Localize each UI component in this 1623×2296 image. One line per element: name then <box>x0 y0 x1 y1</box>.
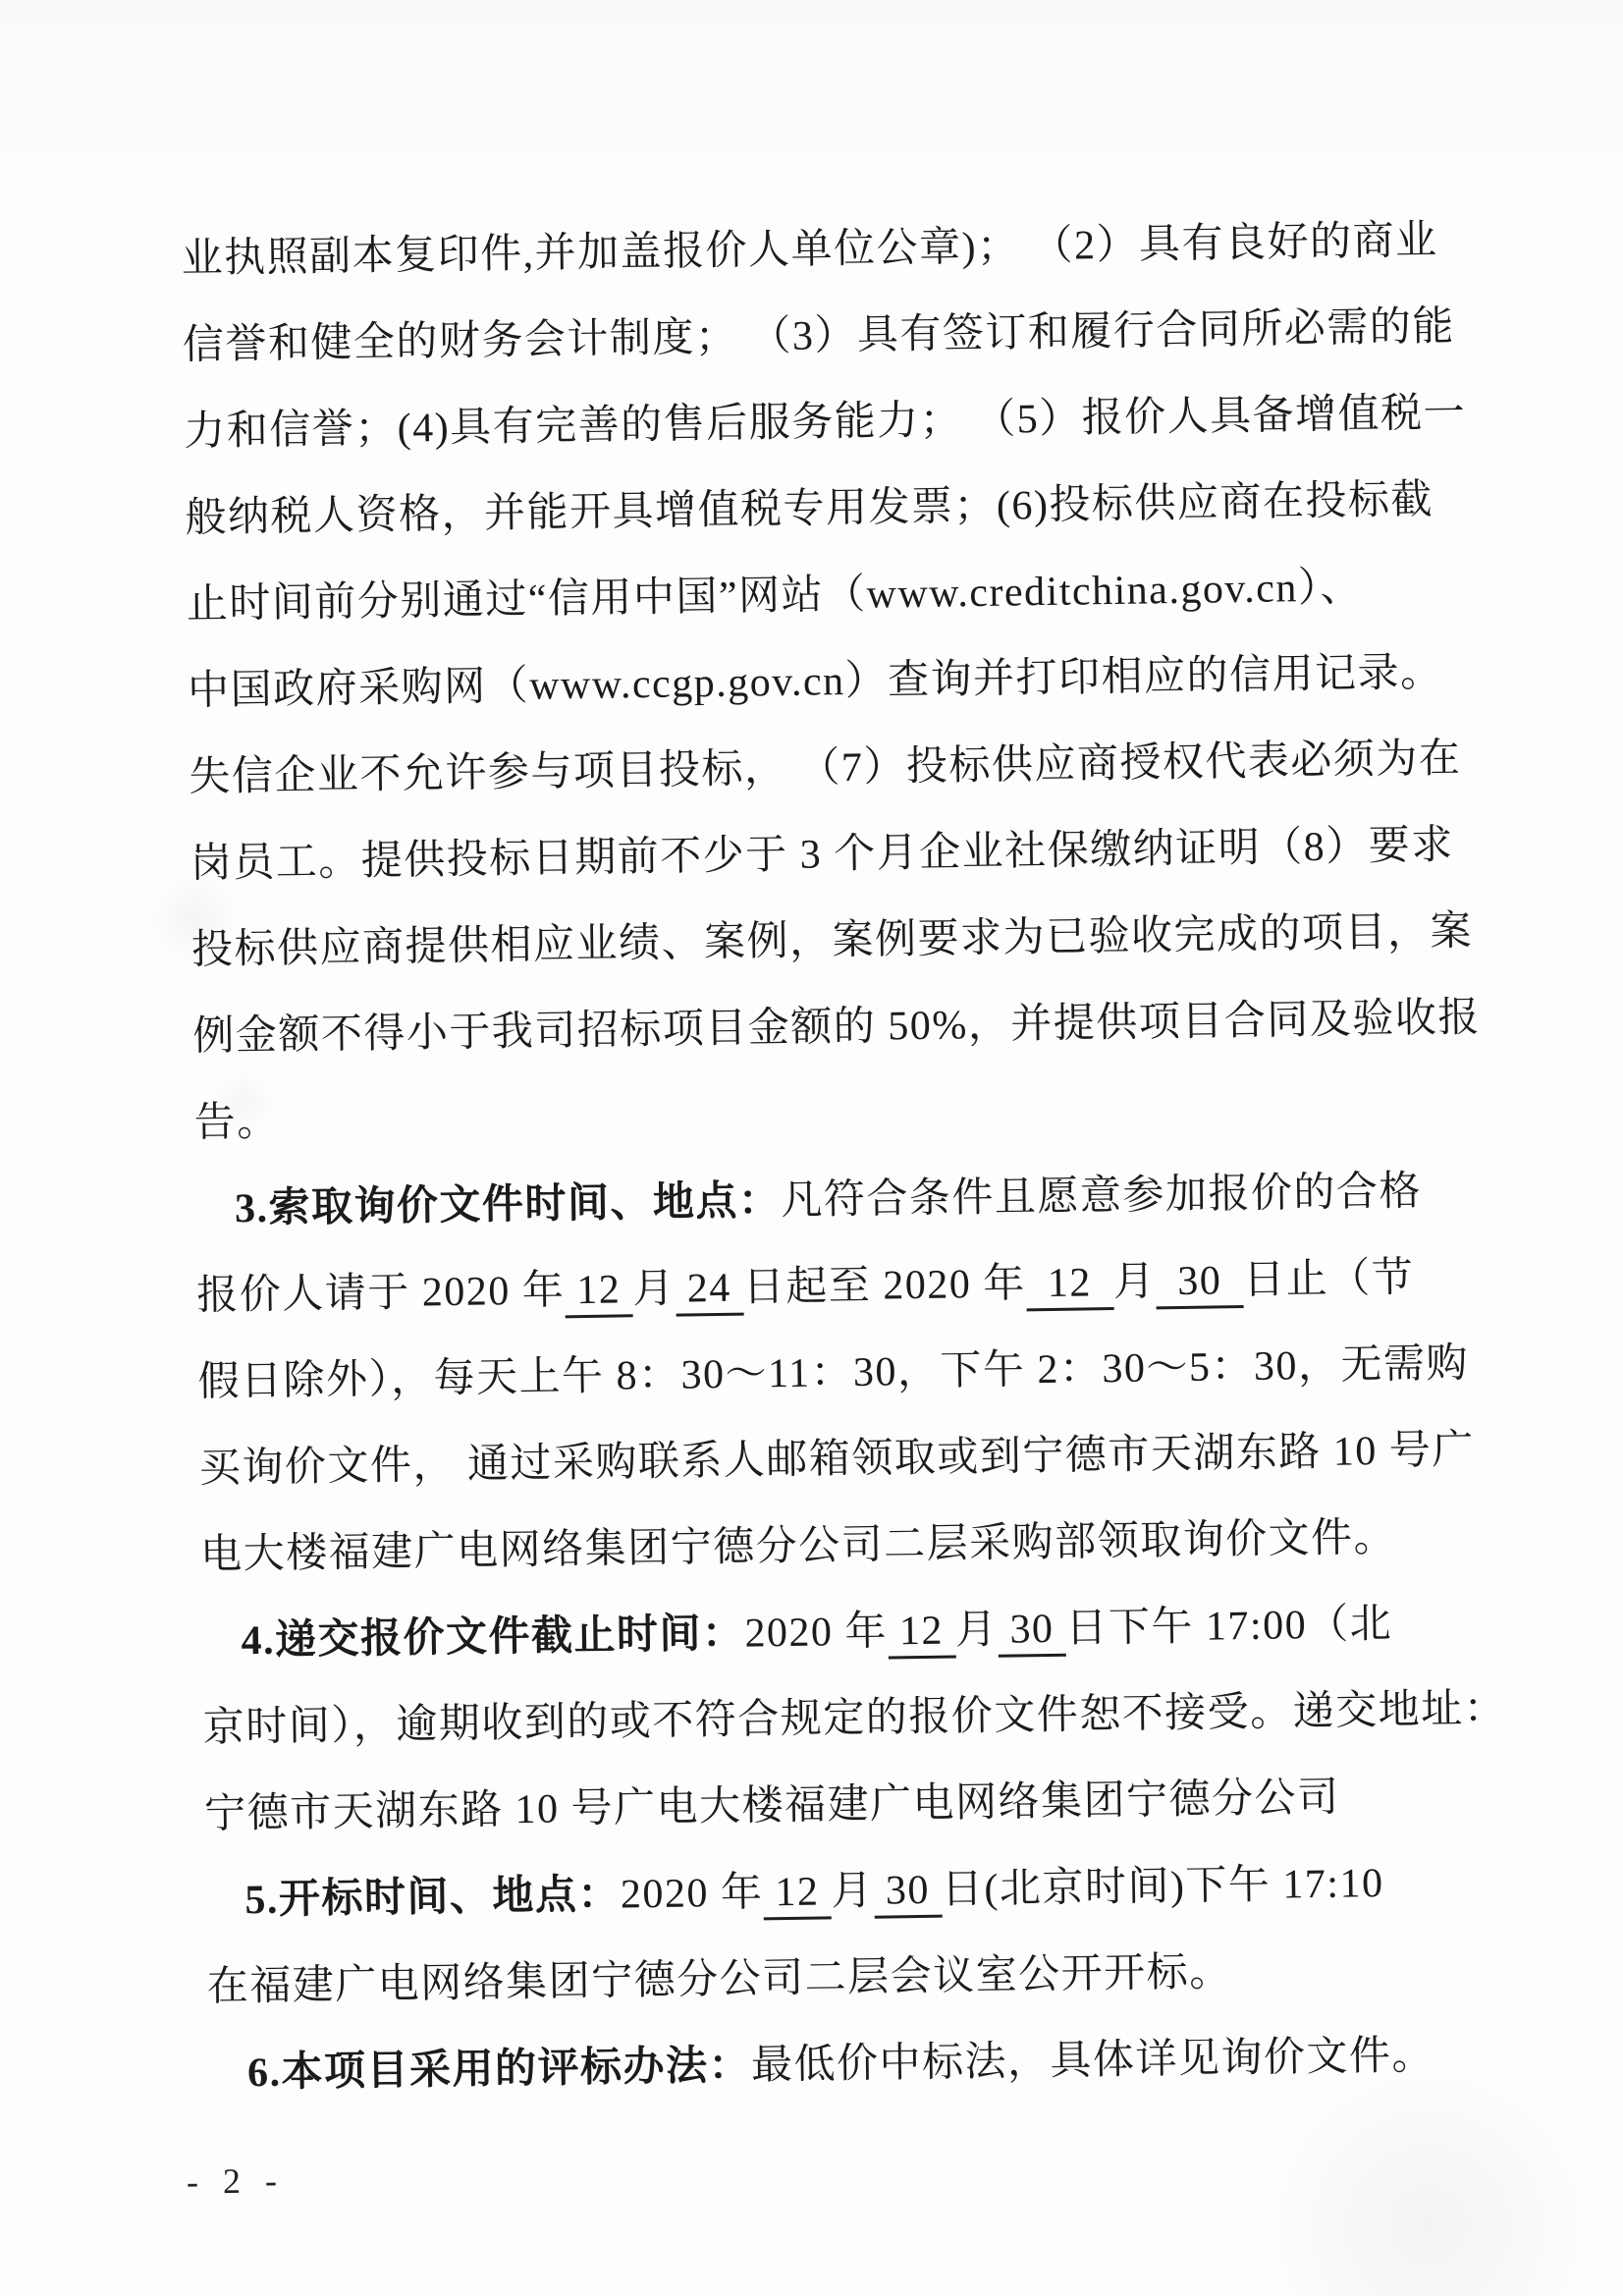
body-text: 中国政府采购网（www.ccgp.gov.cn）查询并打印相应的信用记录。 <box>188 650 1443 714</box>
body-text: 月 <box>831 1869 874 1915</box>
body-text: 告。 <box>193 1100 280 1146</box>
section-6-heading: 6.本项目采用的评标办法： <box>247 2044 752 2097</box>
body-text: 月 <box>632 1267 676 1313</box>
body-text: 买询价文件， 通过采购联系人邮箱领取或到宁德市天湖东路 10 号广 <box>199 1428 1476 1492</box>
section-4-heading: 4.递交报价文件截止时间： <box>241 1612 745 1665</box>
document-body: 业执照副本复印件,并加盖报价人单位公章)； （2）具有良好的商业 信誉和健全的财… <box>181 197 1486 2117</box>
underlined-month-value: 12 <box>763 1869 832 1920</box>
body-text: 投标供应商提供相应业绩、案例，案例要求为已验收完成的项目，案 <box>191 909 1474 973</box>
body-text: 力和信誉；(4)具有完善的售后服务能力； （5）报价人具备增值税一 <box>184 391 1467 455</box>
body-text: 日下午 17:00（北 <box>1065 1602 1392 1652</box>
body-text: 电大楼福建广电网络集团宁德分公司二层采购部领取询价文件。 <box>200 1515 1397 1578</box>
body-text: 宁德市天湖东路 10 号广电大楼福建广电网络集团宁德分公司 <box>204 1776 1340 1837</box>
section-3-heading: 3.索取询价文件时间、地点： <box>235 1178 782 1231</box>
body-text: 京时间），逾期收到的或不符合规定的报价文件恕不接受。递交地址： <box>203 1686 1507 1751</box>
body-text: 月 <box>955 1608 999 1654</box>
underlined-day-value: 30 <box>1156 1258 1244 1309</box>
underlined-day-value: 24 <box>675 1266 743 1317</box>
body-text: 假日除外），每天上午 8：30～11：30，下午 2：30～5：30，无需购 <box>197 1341 1469 1405</box>
body-text: 业执照副本复印件,并加盖报价人单位公章)； （2）具有良好的商业 <box>181 218 1438 282</box>
body-text: 日止（节 <box>1243 1255 1415 1303</box>
body-text: 报价人请于 2020 年 <box>196 1268 566 1319</box>
underlined-month-value: 12 <box>888 1608 956 1659</box>
line-22-section-6: 6.本项目采用的评标办法：最低价中标法，具体详见询价文件。 <box>207 2012 1485 2117</box>
underlined-day-value: 30 <box>874 1868 943 1919</box>
body-text: 2020 年 <box>621 1870 764 1917</box>
body-text: 凡符合条件且愿意参加报价的合格 <box>781 1169 1422 1224</box>
body-text: 般纳税人资格，并能开具增值税专用发票；(6)投标供应商在投标截 <box>185 477 1434 541</box>
body-text: 在福建广电网络集团宁德分公司二层会议室公开开标。 <box>206 1949 1232 2009</box>
section-5-heading: 5.开标时间、地点： <box>244 1873 621 1924</box>
body-text: 最低价中标法，具体详见询价文件。 <box>751 2033 1435 2088</box>
underlined-day-value: 30 <box>998 1607 1066 1658</box>
body-text: 岗员工。提供投标日期前不少于 3 个月企业社保缴纳证明（8）要求 <box>189 823 1454 887</box>
body-text: 失信企业不允许参与项目投标， （7）投标供应商授权代表必须为在 <box>189 737 1462 800</box>
page-number: - 2 - <box>187 2159 286 2202</box>
body-text: 例金额不得小于我司招标项目金额的 50%，并提供项目合同及验收报 <box>192 995 1481 1059</box>
body-text: 2020 年 <box>744 1609 888 1656</box>
body-text: 止时间前分别通过“信用中国”网站（www.creditchina.gov.cn）… <box>187 565 1364 628</box>
underlined-month-value: 12 <box>565 1267 633 1318</box>
document-page: 业执照副本复印件,并加盖报价人单位公章)； （2）具有良好的商业 信誉和健全的财… <box>0 0 1623 2296</box>
body-text: 信誉和健全的财务会计制度； （3）具有签订和履行合同所必需的能 <box>183 304 1456 368</box>
underlined-month-value: 12 <box>1025 1260 1113 1311</box>
body-text: 日起至 2020 年 <box>742 1261 1026 1310</box>
body-text: 日(北京时间)下午 17:10 <box>942 1861 1384 1913</box>
body-text: 月 <box>1112 1259 1156 1305</box>
